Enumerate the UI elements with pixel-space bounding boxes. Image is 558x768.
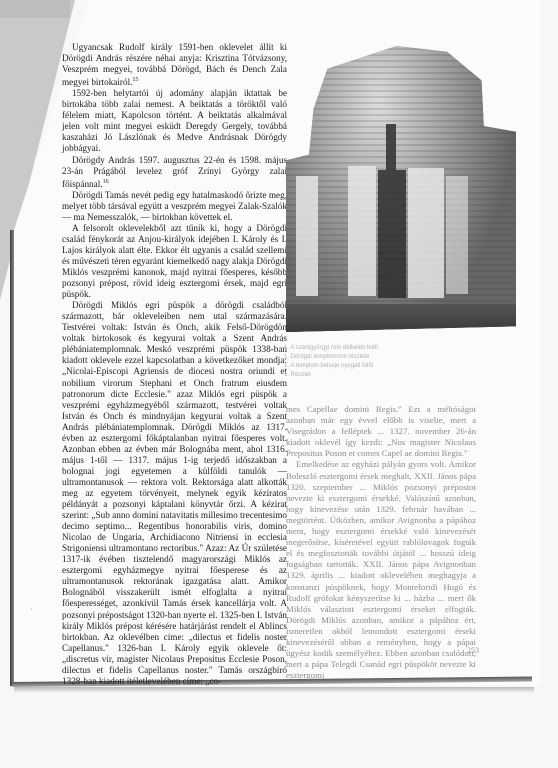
right-text-column: mes Capellae domini Regis." Ezt a méltós… [286,404,476,681]
page-bottom-shadow [14,687,534,693]
caption-line: 1. A szentgyörgyi rom délkeleti felől [284,344,534,353]
caption-line: 1. A templom belseje nyugati felől [284,362,534,371]
left-text-column: Ugyancsak Rudolf király 1591-ben oklevel… [62,42,287,687]
paragraph: A felsorolt oklevelekből azt tűnik ki, h… [62,223,287,300]
church-ruin-photo [286,46,516,332]
paragraph: Ugyancsak Rudolf király 1591-ben oklevel… [62,42,287,88]
scan-speck: · [36,118,39,127]
paragraph: Dörögdi Miklós egri püspök a dörögdi csa… [62,300,287,687]
photo-captions: 1. A szentgyörgyi rom délkeleti felől 1.… [284,344,534,380]
footnote-ref: 16 [103,179,109,185]
caption-line: 1. Dörögdi templomrom részlete [284,353,534,362]
page-corner-shadow [0,0,70,18]
page-left-edge [10,230,14,686]
photo-pillar [446,176,468,294]
photo-pillar [348,166,376,296]
photo-dark-niche [378,170,406,298]
photo-pillar [296,176,318,296]
paragraph: Dörögdy András 1597. augusztus 22-én és … [62,155,287,190]
photo-pillar [408,168,444,298]
paragraph: Emelkedése az egyházi pályán gyors volt.… [286,459,476,681]
caption-line: 1. Részlet [284,371,534,380]
paragraph: Dörögdi Tamás nevét pedig egy hatalmasko… [62,190,287,223]
paragraph: mes Capellae domini Regis." Ezt a méltós… [286,404,476,459]
paragraph: 1592-ben helytartói új adomány alapján i… [62,88,287,154]
scan-speck: · [30,605,33,614]
footnote-ref: 15 [132,77,138,83]
photo-window-slit [386,124,396,170]
page-number: 253 [467,646,479,655]
